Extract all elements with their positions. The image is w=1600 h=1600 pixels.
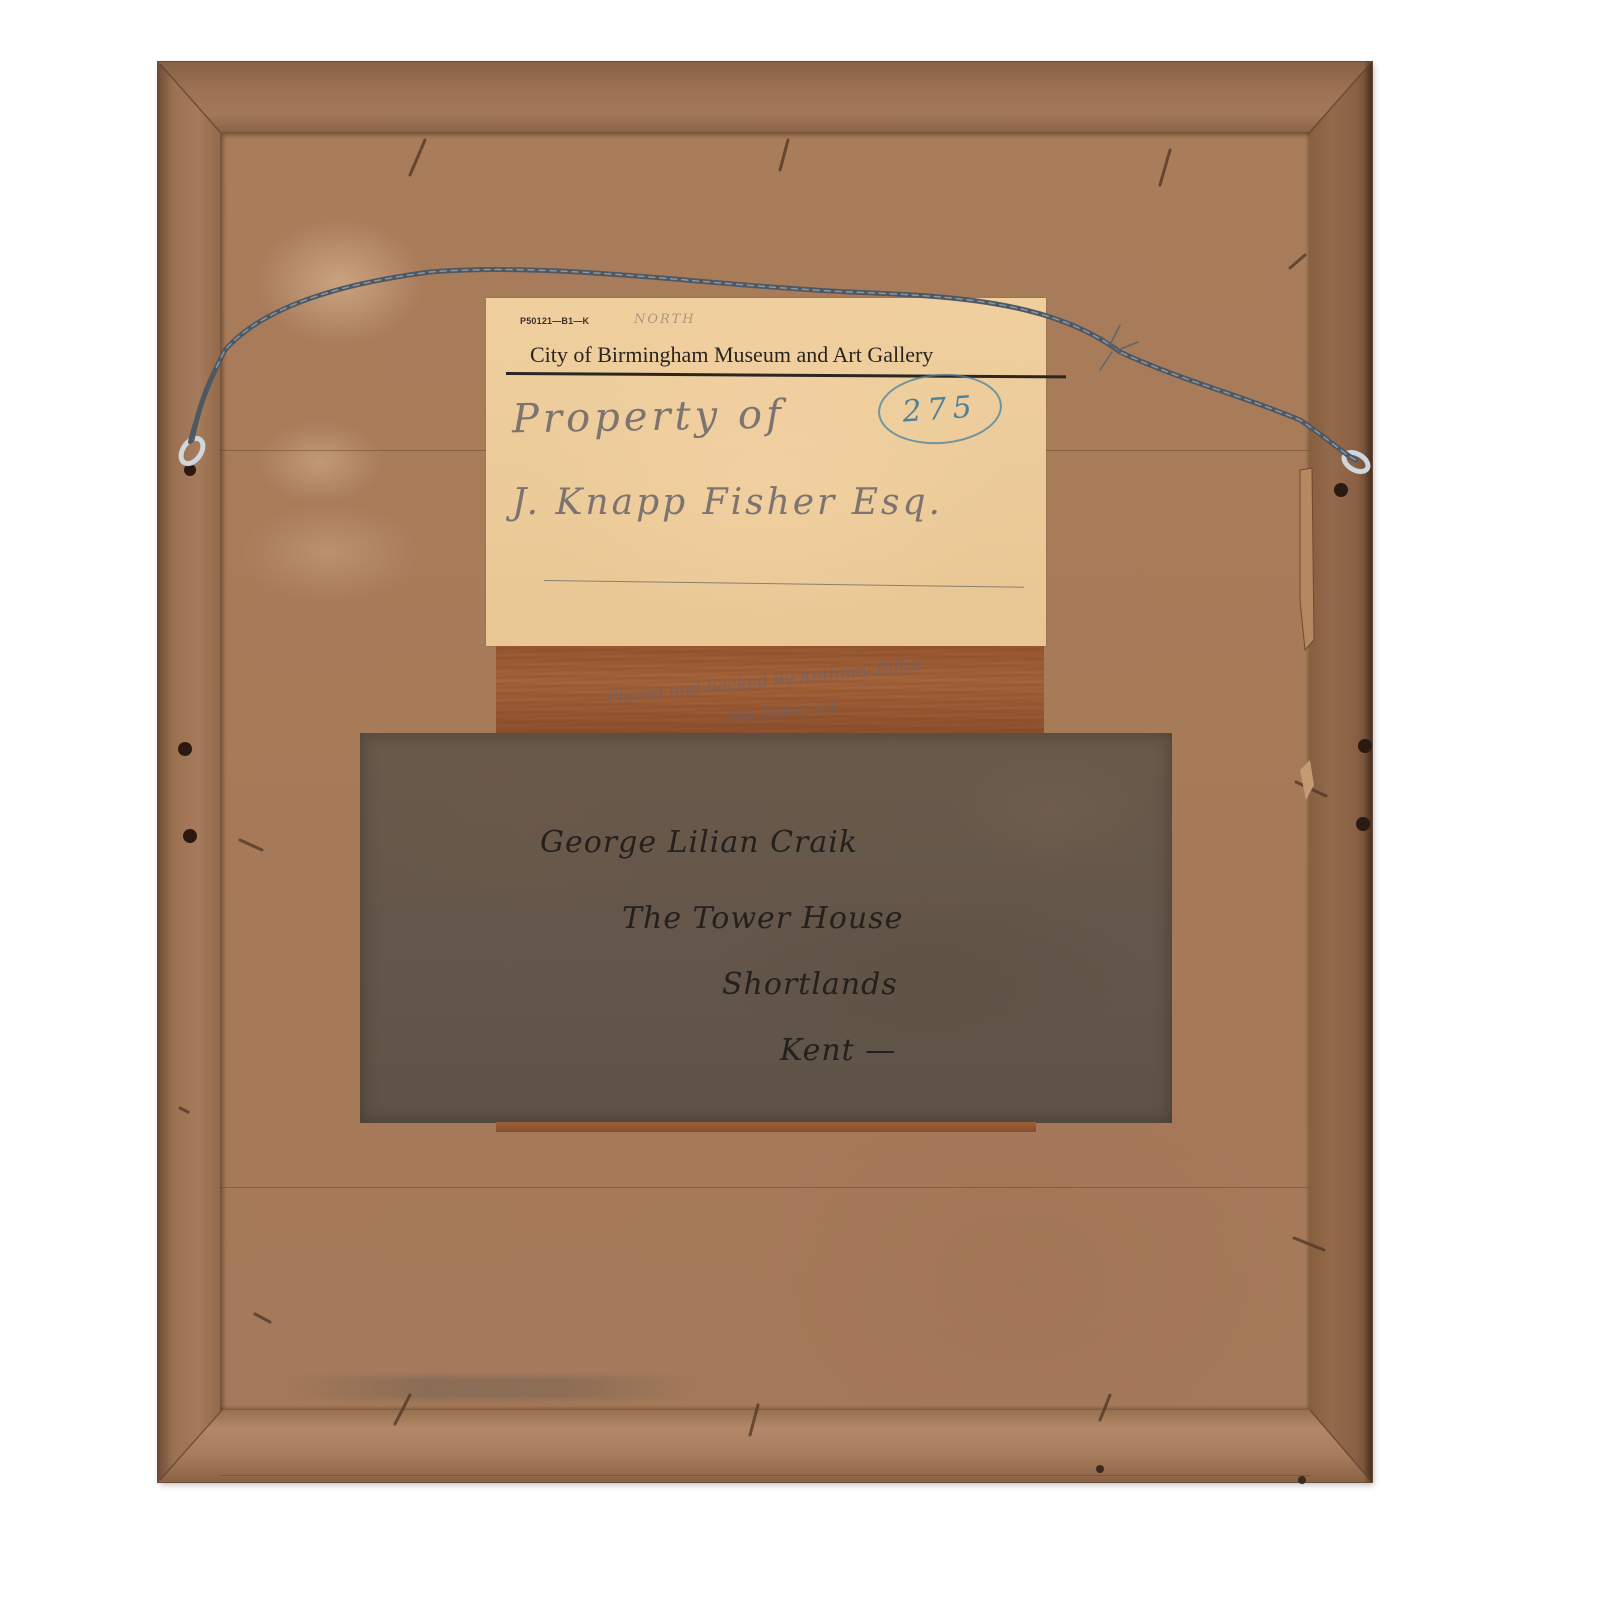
frame-bottom-rail: [158, 1410, 1372, 1482]
wood-inscription-line1: Placed and backed by Anthony Billet: [606, 656, 923, 709]
label-handwriting-property: Property of: [512, 392, 786, 443]
frame-right-rail: [1310, 62, 1372, 1482]
panel-inscription-house: The Tower House: [622, 901, 903, 936]
water-stain: [280, 1376, 700, 1400]
panel-base-strip: [496, 1122, 1036, 1132]
dark-backing-panel: George Lilian Craik The Tower House Shor…: [360, 733, 1172, 1123]
label-rule: [506, 372, 1066, 378]
label-pencil-note: NORTH: [634, 312, 696, 327]
label-catalog-code: P50121—B1—K: [520, 316, 589, 326]
board-seam: [220, 1475, 1310, 1476]
wood-inscription-line2: see faded ink: [725, 697, 841, 727]
frame-edge-shadow: [1364, 62, 1372, 1482]
panel-inscription-town: Shortlands: [722, 967, 898, 1002]
museum-label: P50121—B1—K NORTH City of Birmingham Mus…: [486, 298, 1046, 646]
panel-inscription-county: Kent —: [780, 1033, 896, 1068]
wood-strip: Placed and backed by Anthony Billet see …: [496, 646, 1044, 734]
board-seam: [220, 1187, 1310, 1188]
photo-stage: P50121—B1—K NORTH City of Birmingham Mus…: [0, 0, 1600, 1600]
frame-left-rail: [158, 62, 220, 1482]
label-handwriting-owner: J. Knapp Fisher Esq.: [512, 482, 943, 523]
frame-top-rail: [158, 62, 1372, 132]
label-institution-name: City of Birmingham Museum and Art Galler…: [530, 342, 933, 368]
panel-inscription-name: George Lilian Craik: [540, 825, 858, 860]
label-circled-number: 275: [876, 370, 1005, 448]
label-signature-line: [544, 580, 1024, 588]
